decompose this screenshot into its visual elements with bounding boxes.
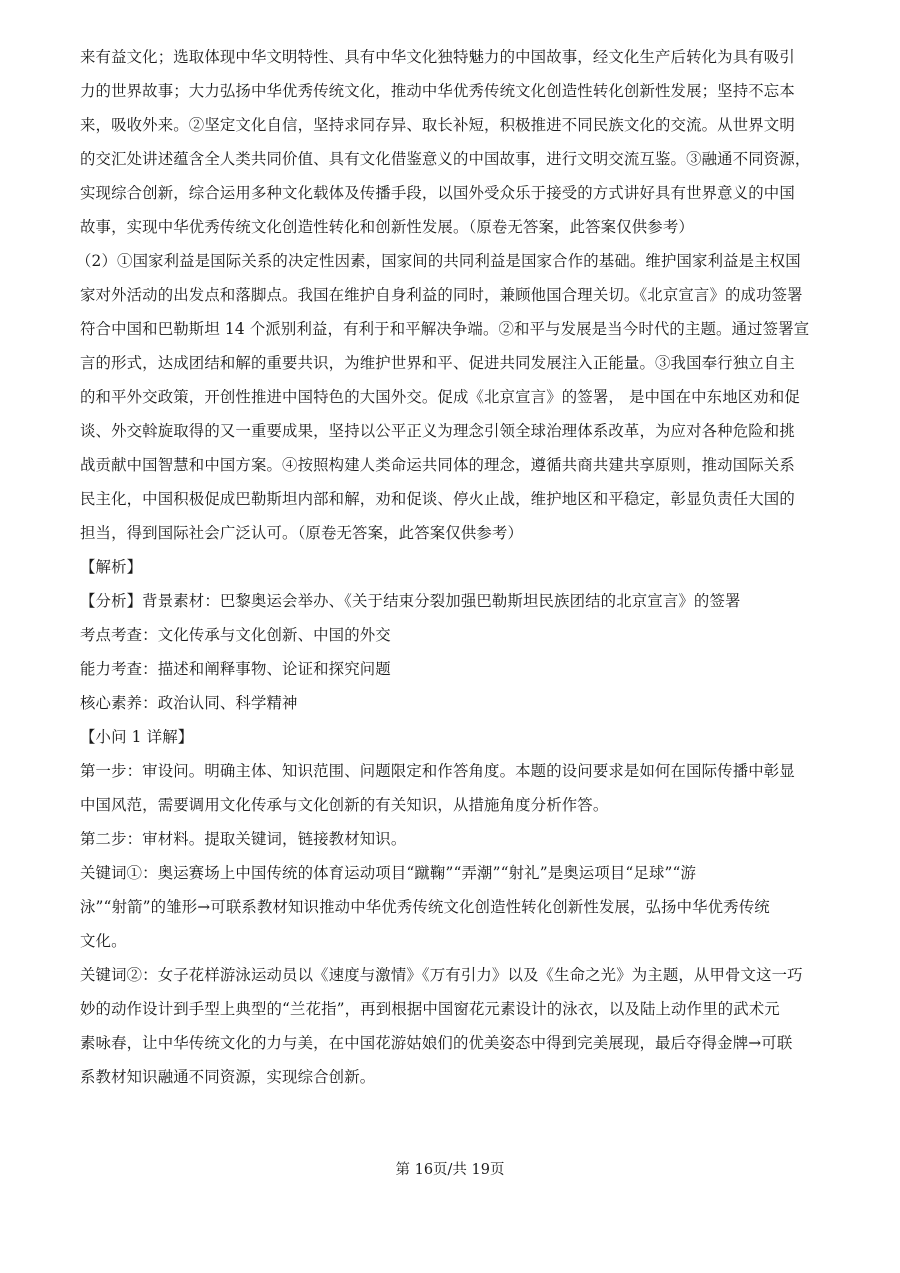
answer-2-line: 家对外活动的出发点和落脚点。我国在维护自身利益的同时，兼顾他国合理关切。《北京宣… — [80, 285, 820, 305]
sub-question-1-heading: 【小问 1 详解】 — [80, 727, 820, 747]
answer-line: 实现综合创新，综合运用多种文化载体及传播手段，以国外受众乐于接受的方式讲好具有世… — [80, 183, 820, 203]
answer-2-line: 符合中国和巴勒斯坦 14 个派别利益，有利于和平解决争端。②和平与发展是当今时代… — [80, 319, 820, 339]
answer-line: 故事，实现中华优秀传统文化创造性转化和创新性发展。（原卷无答案，此答案仅供参考） — [80, 217, 820, 237]
answer-line: 力的世界故事；大力弘扬中华优秀传统文化，推动中华优秀传统文化创造性转化创新性发展… — [80, 81, 820, 101]
document-page: 来有益文化；选取体现中华文明特性、具有中华文化独特魅力的中国故事，经文化生产后转… — [0, 0, 900, 1273]
keyword-2-line: 关键词②：女子花样游泳运动员以《速度与激情》《万有引力》以及《生命之光》为主题，… — [80, 965, 820, 985]
answer-2-line: （2）①国家利益是国际关系的决定性因素，国家间的共同利益是国家合作的基础。维护国… — [76, 251, 816, 271]
keyword-1-line: 泳”“射箭”的雏形→可联系教材知识推动中华优秀传统文化创造性转化创新性发展，弘扬… — [80, 897, 820, 917]
answer-2-line: 谈、外交斡旋取得的又一重要成果，坚持以公平正义为理念引领全球治理体系改革，为应对… — [80, 421, 820, 441]
step-one-line: 中国风范，需要调用文化传承与文化创新的有关知识，从措施角度分析作答。 — [80, 795, 820, 815]
answer-2-line: 担当，得到国际社会广泛认可。（原卷无答案，此答案仅供参考） — [80, 523, 820, 543]
page-number: 第 16页/共 19页 — [0, 1158, 900, 1179]
answer-2-line: 的和平外交政策，开创性推进中国特色的大国外交。促成《北京宣言》的签署， 是中国在… — [80, 387, 820, 407]
keyword-1-line: 文化。 — [80, 931, 820, 951]
keyword-2-line: 妙的动作设计到手型上典型的“兰花指”，再到根据中国窗花元素设计的泳衣，以及陆上动… — [80, 999, 820, 1019]
keyword-2-line: 系教材知识融通不同资源，实现综合创新。 — [80, 1067, 820, 1087]
analysis-heading: 【解析】 — [80, 557, 820, 577]
analysis-background: 【分析】背景素材：巴黎奥运会举办、《关于结束分裂加强巴勒斯坦民族团结的北京宣言》… — [80, 591, 820, 611]
core-literacy: 核心素养：政治认同、科学精神 — [80, 693, 820, 713]
answer-2-line: 言的形式，达成团结和解的重要共识，为维护世界和平、促进共同发展注入正能量。③我国… — [80, 353, 820, 373]
keyword-1-line: 关键词①：奥运赛场上中国传统的体育运动项目“蹴鞠”“弄潮”“射礼”是奥运项目“足… — [80, 863, 820, 883]
ability-points: 能力考查：描述和阐释事物、论证和探究问题 — [80, 659, 820, 679]
answer-2-line: 民主化，中国积极促成巴勒斯坦内部和解，劝和促谈、停火止战，维护地区和平稳定，彰显… — [80, 489, 820, 509]
answer-line: 来有益文化；选取体现中华文明特性、具有中华文化独特魅力的中国故事，经文化生产后转… — [80, 47, 820, 67]
step-two-line: 第二步：审材料。提取关键词，链接教材知识。 — [80, 829, 820, 849]
answer-line: 来，吸收外来。②坚定文化自信，坚持求同存异、取长补短，积极推进不同民族文化的交流… — [80, 115, 820, 135]
answer-line: 的交汇处讲述蕴含全人类共同价值、具有文化借鉴意义的中国故事，进行文明交流互鉴。③… — [80, 149, 820, 169]
exam-points: 考点考查：文化传承与文化创新、中国的外交 — [80, 625, 820, 645]
keyword-2-line: 素咏春，让中华传统文化的力与美，在中国花游姑娘们的优美姿态中得到完美展现，最后夺… — [80, 1033, 820, 1053]
step-one-line: 第一步：审设问。明确主体、知识范围、问题限定和作答角度。本题的设问要求是如何在国… — [80, 761, 820, 781]
answer-2-line: 战贡献中国智慧和中国方案。④按照构建人类命运共同体的理念，遵循共商共建共享原则，… — [80, 455, 820, 475]
